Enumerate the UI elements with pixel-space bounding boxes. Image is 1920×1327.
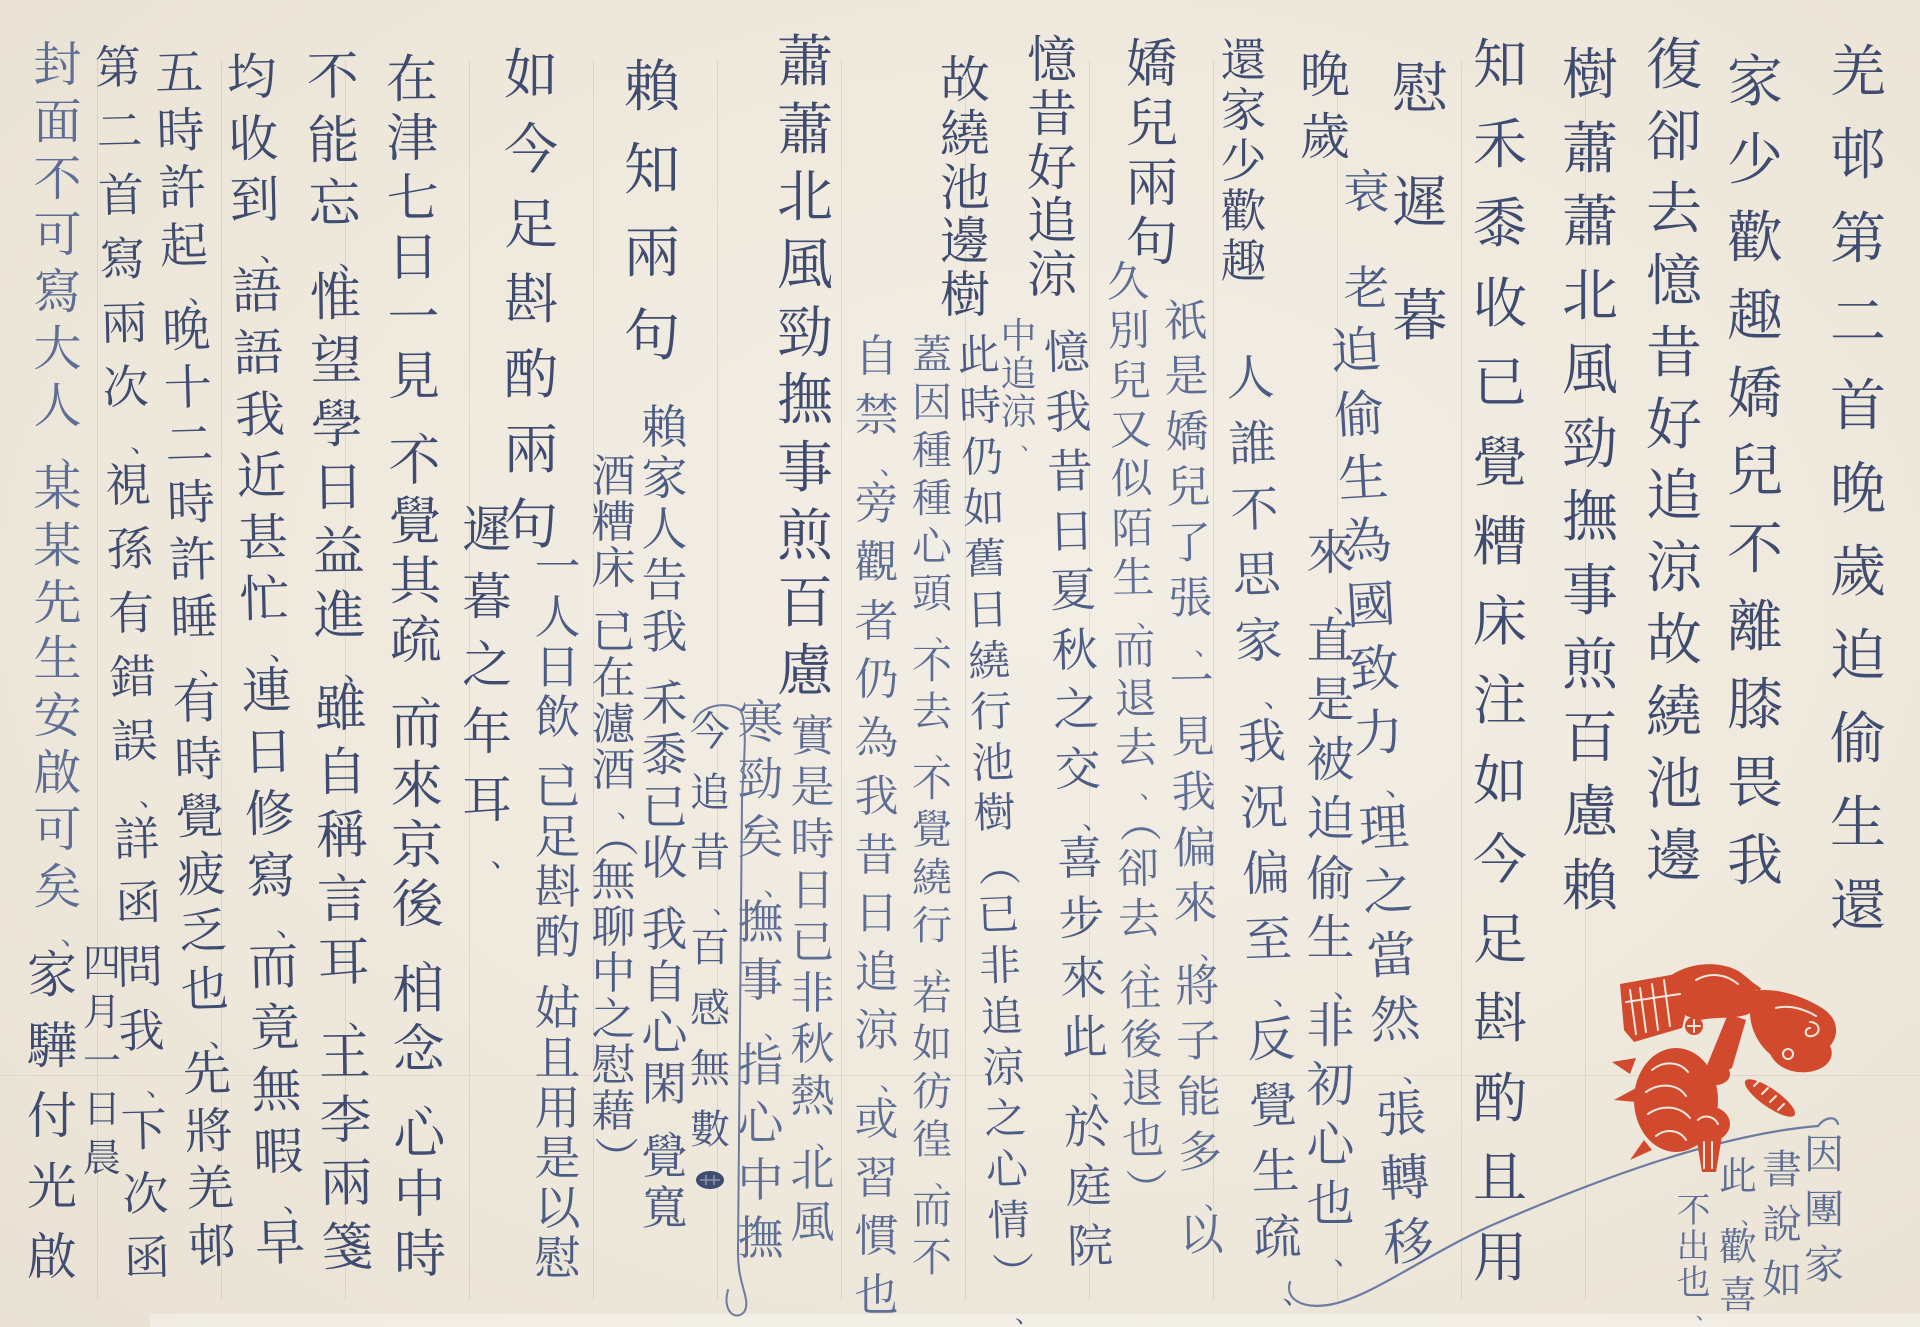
commentary-north-wind-text: 實是時日已非秋熱、北風 — [787, 715, 838, 1245]
glyph: 歲 — [1300, 112, 1350, 162]
glyph: 好 — [1027, 143, 1077, 193]
glyph: 、 — [422, 1085, 453, 1104]
glyph: 寫 — [246, 850, 297, 901]
glyph: 繞 — [940, 109, 990, 159]
glyph: 時 — [791, 818, 835, 862]
glyph: 詳 — [113, 817, 160, 864]
glyph: 一 — [1169, 660, 1214, 705]
glyph: 五 — [154, 50, 203, 99]
glyph: 驊 — [27, 1021, 77, 1071]
glyph: 偏 — [1241, 850, 1290, 899]
glyph: 歡 — [1719, 1229, 1757, 1267]
glyph: 去 — [912, 692, 952, 732]
glyph: 已 — [535, 765, 581, 811]
glyph: 、 — [269, 635, 299, 654]
glyph: 錯 — [109, 655, 156, 702]
glyph: 兩 — [624, 226, 680, 282]
glyph: 日 — [966, 589, 1009, 632]
glyph: 、 — [421, 939, 452, 958]
glyph: 能 — [307, 115, 360, 168]
commentary-children-text: 祇是嬌兒了張、一見我偏來、將子能多、以 — [1160, 300, 1228, 1259]
glyph: 足 — [535, 815, 581, 861]
glyph: 家 — [1234, 618, 1283, 667]
commentary-pond-trees-heading: 故繞池邊樹 — [936, 55, 994, 320]
glyph: 、 — [1089, 1074, 1117, 1091]
commentary-pond-trees-text: 此時仍如舊日繞行池樹（已非追涼之心情）、 — [954, 334, 1036, 1318]
glyph: 日 — [387, 233, 439, 285]
glyph: 、 — [1021, 432, 1043, 445]
glyph: 追 — [1027, 196, 1077, 246]
glyph: 見 — [388, 352, 440, 404]
letter-date: 四月一日晨 — [80, 945, 124, 1178]
glyph: 惟 — [309, 273, 362, 326]
glyph: 心 — [912, 527, 952, 567]
glyph: 、 — [209, 1023, 238, 1041]
glyph: 覺 — [1473, 436, 1527, 490]
glyph: 蓋 — [912, 335, 952, 375]
glyph: 、 — [1282, 1279, 1311, 1297]
glyph: 語 — [231, 266, 282, 317]
glyph: 床 — [592, 547, 636, 591]
glyph: 百 — [690, 928, 730, 968]
glyph: 、 — [1139, 777, 1164, 793]
glyph: 庭 — [1065, 1164, 1112, 1211]
glyph: 疲 — [177, 851, 226, 900]
glyph: 、 — [491, 842, 521, 860]
glyph: 日 — [855, 892, 899, 936]
glyph: 畏 — [1727, 756, 1783, 812]
glyph: 昔 — [1046, 449, 1093, 496]
glyph: 付 — [27, 1091, 77, 1141]
glyph: 、 — [764, 872, 792, 889]
glyph: 我 — [642, 610, 688, 656]
glyph: 秋 — [791, 1023, 835, 1067]
glyph: 許 — [158, 165, 207, 214]
glyph: 涼 — [1027, 250, 1077, 300]
glyph: 、 — [1384, 770, 1415, 790]
glyph: 故 — [1646, 613, 1702, 669]
glyph: 修 — [244, 788, 295, 839]
glyph: 、 — [1194, 632, 1221, 648]
glyph: 慰 — [1392, 62, 1448, 118]
glyph: 樹 — [973, 793, 1016, 836]
commentary-return-home-text: 人誰不思家、我況偏至、反覺生疏、 — [1222, 354, 1307, 1298]
glyph: 斟 — [504, 273, 558, 327]
glyph: 酌 — [1473, 1072, 1527, 1126]
glyph: 又 — [1109, 410, 1152, 453]
stamp-silhouette — [1612, 964, 1836, 1172]
glyph: 收 — [1473, 277, 1527, 331]
glyph: 能 — [1177, 1075, 1222, 1120]
glyph: 時 — [174, 736, 223, 785]
glyph: 羌 — [186, 1165, 235, 1214]
glyph: 、 — [1204, 1186, 1231, 1202]
glyph: 況 — [1239, 784, 1288, 833]
glyph: 我 — [1237, 718, 1286, 767]
commentary-late-years-gloss: 衰老 — [1340, 170, 1393, 312]
glyph: 偏 — [1172, 826, 1217, 871]
glyph: 進 — [313, 590, 366, 643]
glyph: 昔 — [855, 834, 899, 878]
glyph: 禾 — [1473, 118, 1527, 172]
glyph: （ — [592, 813, 636, 857]
glyph: 非 — [1306, 1003, 1354, 1051]
glyph: 知 — [1473, 38, 1527, 92]
glyph: 、 — [343, 654, 374, 673]
circled-mark-icon — [696, 1171, 724, 1189]
glyph: 撫 — [738, 1216, 784, 1262]
glyph: 望 — [310, 336, 363, 389]
glyph: 退 — [1114, 679, 1157, 722]
glyph: 自 — [642, 960, 688, 1006]
commentary-harvest-text2: 酒糟床、已在濾酒、（無聊中之慰藉） — [588, 455, 639, 1180]
glyph: 一 — [83, 1043, 121, 1081]
glyph: 是 — [791, 766, 835, 810]
letter-column-2: 不能忘、惟望學日益進、雖自稱言耳、王李兩箋 — [303, 52, 378, 1276]
commentary-pond-trees-text3: 自禁、旁觀者仍為我昔日追涼、或習慣也 — [851, 335, 902, 1318]
glyph: 情 — [987, 1200, 1030, 1243]
glyph: 乏 — [178, 909, 227, 958]
glyph: 團 — [1804, 1190, 1844, 1230]
glyph: 種 — [912, 479, 952, 519]
commentary-north-wind-bracketed: 今追昔、百感無數 — [687, 712, 733, 1150]
glyph: 無 — [251, 1064, 302, 1115]
margin-note-column-4: 不出也、 — [1674, 1195, 1713, 1315]
glyph: 晨 — [83, 1140, 121, 1178]
glyph: 張 — [1168, 577, 1213, 622]
glyph: 中 — [393, 1170, 445, 1222]
glyph: 慰 — [592, 1044, 636, 1088]
commentary-north-wind-text2: 寒勁矣、撫事、指心中撫 — [734, 700, 787, 1262]
glyph: 家 — [1221, 88, 1267, 134]
glyph: 足 — [1473, 913, 1527, 967]
glyph: 、 — [146, 1072, 174, 1089]
glyph: 力 — [1352, 706, 1405, 759]
glyph: 習 — [855, 1157, 899, 1201]
glyph: 糟 — [592, 501, 636, 545]
glyph: 第 — [1830, 212, 1886, 268]
glyph: 、 — [420, 675, 451, 694]
glyph: 撫 — [1562, 490, 1618, 546]
glyph: 兒 — [1126, 99, 1178, 151]
glyph: 人 — [642, 507, 688, 553]
glyph: 彷 — [912, 1072, 952, 1112]
glyph: 迫 — [1306, 796, 1354, 844]
glyph: 之 — [462, 640, 512, 690]
glyph: 、 — [617, 795, 643, 811]
glyph: 斟 — [535, 865, 581, 911]
glyph: 偷 — [1830, 712, 1886, 768]
glyph: 兩 — [1126, 159, 1178, 211]
ruling-line — [841, 60, 842, 1300]
letter-page: 羌邨第二首晚歲迫偷生還 家少歡趣嬌兒不離膝畏我 復卻去憶昔好追涼故繞池邊 樹蕭蕭… — [0, 0, 1920, 1327]
commentary-cool-evenings-text: 憶我昔日夏秋之交、喜步來此、於庭院 — [1040, 329, 1118, 1270]
glyph: 陌 — [1111, 508, 1154, 551]
glyph: 視 — [105, 463, 152, 510]
glyph: 涼 — [982, 1047, 1025, 1090]
glyph: 、 — [561, 965, 589, 982]
glyph: 先 — [182, 1050, 231, 1099]
glyph: 我 — [855, 775, 899, 819]
glyph: 覺 — [912, 810, 952, 850]
glyph: 暇 — [252, 1126, 303, 1177]
glyph: 也 — [1306, 1181, 1354, 1229]
glyph: ） — [592, 1136, 636, 1180]
glyph: 稱 — [316, 811, 369, 864]
glyph: 晚 — [1300, 50, 1350, 100]
glyph: 來 — [1060, 955, 1107, 1002]
glyph: 疏 — [1253, 1214, 1302, 1263]
glyph: 羌 — [1830, 45, 1886, 101]
glyph: 樹 — [1562, 48, 1618, 104]
glyph: 有 — [108, 591, 155, 638]
glyph: 如 — [962, 487, 1005, 530]
glyph: 之 — [1053, 687, 1100, 734]
glyph: 封 — [33, 42, 81, 90]
glyph: 繞 — [968, 640, 1011, 683]
commentary-wine-text2: 遲暮之年耳、 — [458, 505, 516, 860]
glyph: 遲 — [462, 505, 512, 555]
glyph: 藉 — [592, 1090, 636, 1134]
glyph: 我 — [234, 389, 285, 440]
glyph: 撫 — [738, 900, 784, 946]
glyph: 北 — [777, 170, 833, 226]
glyph: 、 — [338, 242, 369, 261]
glyph: 嬌 — [1727, 367, 1783, 423]
glyph: 、 — [1741, 1206, 1764, 1220]
ruling-line — [1461, 60, 1462, 1300]
glyph: 中 — [738, 1158, 784, 1204]
glyph: 第 — [94, 45, 141, 92]
glyph: 是 — [1306, 677, 1354, 725]
glyph: 後 — [1120, 1019, 1163, 1062]
glyph: 生 — [33, 636, 81, 684]
glyph: 心 — [738, 1101, 784, 1147]
glyph: 當 — [1365, 929, 1418, 982]
glyph: 心 — [393, 1111, 445, 1163]
glyph: 二 — [165, 422, 214, 471]
glyph: 、 — [880, 452, 906, 468]
glyph: 似 — [1110, 459, 1153, 502]
glyph: 而 — [248, 941, 299, 992]
poem-column-2: 家少歡趣嬌兒不離膝畏我 — [1723, 55, 1787, 890]
glyph: 後 — [391, 880, 443, 932]
glyph: 、 — [1334, 974, 1363, 991]
glyph: 夏 — [1049, 568, 1096, 615]
commentary-cool-evenings-heading: 憶昔好追涼 — [1023, 35, 1081, 300]
glyph: 濾 — [592, 703, 636, 747]
commentary-children-heading: 嬌兒兩句 — [1122, 40, 1182, 270]
glyph: 偷 — [1306, 856, 1354, 904]
glyph: 勁 — [1562, 417, 1618, 473]
poem-column-4: 樹蕭蕭北風勁撫事煎百慮賴 — [1558, 48, 1622, 915]
glyph: 面 — [33, 99, 81, 147]
glyph: 非 — [978, 945, 1021, 988]
glyph: （ — [975, 844, 1018, 887]
glyph: 而 — [390, 702, 442, 754]
glyph: 還 — [1830, 879, 1886, 935]
glyph: 嬌 — [1126, 40, 1178, 92]
glyph: 舊 — [964, 538, 1007, 581]
glyph: 涼 — [1000, 394, 1036, 430]
glyph: 昔 — [1027, 89, 1077, 139]
glyph: 池 — [940, 163, 990, 213]
glyph: 寫 — [33, 269, 81, 317]
glyph: 兒 — [1108, 360, 1151, 403]
glyph: 退 — [1121, 1069, 1164, 1112]
glyph: 了 — [1167, 522, 1212, 567]
glyph: 昔 — [690, 833, 730, 873]
glyph: 、 — [1334, 589, 1363, 606]
glyph: 相 — [392, 966, 444, 1018]
glyph: 遲 — [1392, 176, 1448, 232]
glyph: 黍 — [642, 733, 688, 779]
glyph: 有 — [172, 678, 221, 727]
glyph: 誤 — [111, 718, 158, 765]
glyph: 北 — [1562, 269, 1618, 325]
glyph: 北 — [791, 1149, 835, 1193]
glyph: 、 — [764, 1015, 792, 1032]
glyph: 、 — [61, 440, 90, 457]
glyph: 黍 — [1473, 197, 1527, 251]
glyph: 收 — [642, 836, 688, 882]
glyph: 至 — [1243, 916, 1292, 965]
letter-signature: 家驊付光啟 — [23, 950, 81, 1282]
glyph: 追 — [1646, 469, 1702, 525]
glyph: 以 — [1179, 1213, 1224, 1258]
glyph: 斟 — [1473, 992, 1527, 1046]
glyph: 覺 — [1249, 1082, 1298, 1131]
glyph: 邨 — [1830, 128, 1886, 184]
glyph: 、 — [348, 1001, 379, 1020]
glyph: 來 — [1306, 530, 1354, 578]
glyph: 已 — [976, 895, 1019, 938]
glyph: 生 — [1337, 452, 1390, 505]
glyph: 邨 — [187, 1223, 236, 1272]
glyph: 酒 — [592, 749, 636, 793]
glyph: 近 — [236, 451, 287, 502]
glyph: 秋 — [1051, 627, 1098, 674]
glyph: 且 — [1473, 1151, 1527, 1205]
glyph: 、 — [1136, 607, 1161, 623]
glyph: 光 — [27, 1162, 77, 1212]
glyph: 實 — [791, 715, 835, 759]
glyph: 人 — [535, 595, 581, 641]
glyph: 我 — [1171, 771, 1216, 816]
poem-column-6: 慰遲暮 — [1388, 62, 1452, 345]
glyph: 憶 — [1027, 35, 1077, 85]
glyph: 酒 — [592, 455, 636, 499]
glyph: 煎 — [777, 509, 833, 565]
glyph: 年 — [462, 707, 512, 757]
glyph: 喜 — [1056, 836, 1103, 883]
glyph: 慣 — [855, 1215, 899, 1259]
glyph: 暮 — [1392, 289, 1448, 345]
letter-column-3: 均收到、語語我近甚忙、連日修寫、而竟無暇、早 — [222, 51, 310, 1268]
glyph: 好 — [1646, 398, 1702, 454]
glyph: 少 — [1221, 139, 1267, 185]
glyph: 邊 — [940, 216, 990, 266]
glyph: 已 — [592, 611, 636, 655]
glyph: 忙 — [239, 574, 290, 625]
glyph: 數 — [690, 1110, 730, 1150]
glyph: 甚 — [237, 512, 288, 563]
glyph: 仍 — [960, 436, 1003, 479]
glyph: 疏 — [390, 616, 442, 668]
glyph: 多 — [1178, 1131, 1223, 1176]
glyph: 為 — [855, 717, 899, 761]
letter-column-1: 在津七日一見、不覺其疏、而來京後、相念、心中時 — [382, 55, 451, 1282]
glyph: 寬 — [642, 1186, 688, 1232]
glyph: 自 — [855, 335, 899, 379]
glyph: 收 — [228, 113, 279, 164]
glyph: 、 — [935, 954, 959, 968]
commentary-late-years-heading: 晚歲 — [1296, 50, 1354, 162]
glyph: 一 — [535, 545, 581, 591]
glyph: 以 — [535, 1186, 581, 1232]
glyph: 祇 — [1163, 300, 1208, 345]
glyph: 日 — [243, 727, 294, 778]
glyph: 行 — [969, 691, 1012, 734]
glyph: 趣 — [1727, 289, 1783, 345]
glyph: 風 — [791, 1201, 835, 1245]
glyph: 念 — [392, 1025, 444, 1077]
glyph: 時 — [959, 385, 1002, 428]
glyph: 不 — [1727, 522, 1783, 578]
glyph: 今 — [504, 123, 558, 177]
glyph: 某 — [33, 466, 81, 514]
glyph: 、 — [935, 1168, 959, 1182]
glyph: 往 — [1119, 970, 1162, 1013]
glyph: 我 — [1727, 834, 1783, 890]
glyph: ） — [989, 1251, 1032, 1294]
glyph: 竟 — [249, 1003, 300, 1054]
glyph: 趣 — [1221, 239, 1267, 285]
glyph: 蕭 — [1562, 195, 1618, 251]
glyph: 可 — [33, 212, 81, 260]
glyph: 是 — [535, 1136, 581, 1182]
glyph: 非 — [791, 972, 835, 1016]
glyph: （ — [1116, 800, 1159, 843]
glyph: 啟 — [33, 750, 81, 798]
glyph: 家 — [27, 950, 77, 1000]
glyph: 如 — [1473, 754, 1527, 808]
glyph: 心 — [1306, 1122, 1354, 1170]
glyph: 然 — [1369, 993, 1422, 1046]
glyph: 已 — [1473, 356, 1527, 410]
glyph: 暮 — [462, 572, 512, 622]
glyph: 交 — [1054, 746, 1101, 793]
glyph: 樹 — [940, 270, 990, 320]
glyph: 嬌 — [1165, 411, 1210, 456]
glyph: 去 — [1118, 898, 1161, 941]
glyph: 感 — [690, 989, 730, 1029]
glyph: 且 — [535, 1036, 581, 1082]
glyph: 日 — [535, 645, 581, 691]
glyph: 用 — [1473, 1231, 1527, 1285]
glyph: 將 — [184, 1108, 233, 1157]
glyph: 、 — [1272, 981, 1301, 999]
glyph: 此 — [1061, 1014, 1108, 1061]
glyph: 去 — [1115, 728, 1158, 771]
commentary-return-home-heading: 還家少歡趣 — [1217, 38, 1270, 285]
glyph: 言 — [317, 875, 370, 928]
glyph: 許 — [168, 537, 217, 586]
glyph: 將 — [1175, 964, 1220, 1009]
glyph: 寒 — [738, 700, 784, 746]
glyph: 均 — [226, 52, 277, 103]
glyph: 飲 — [535, 695, 581, 741]
